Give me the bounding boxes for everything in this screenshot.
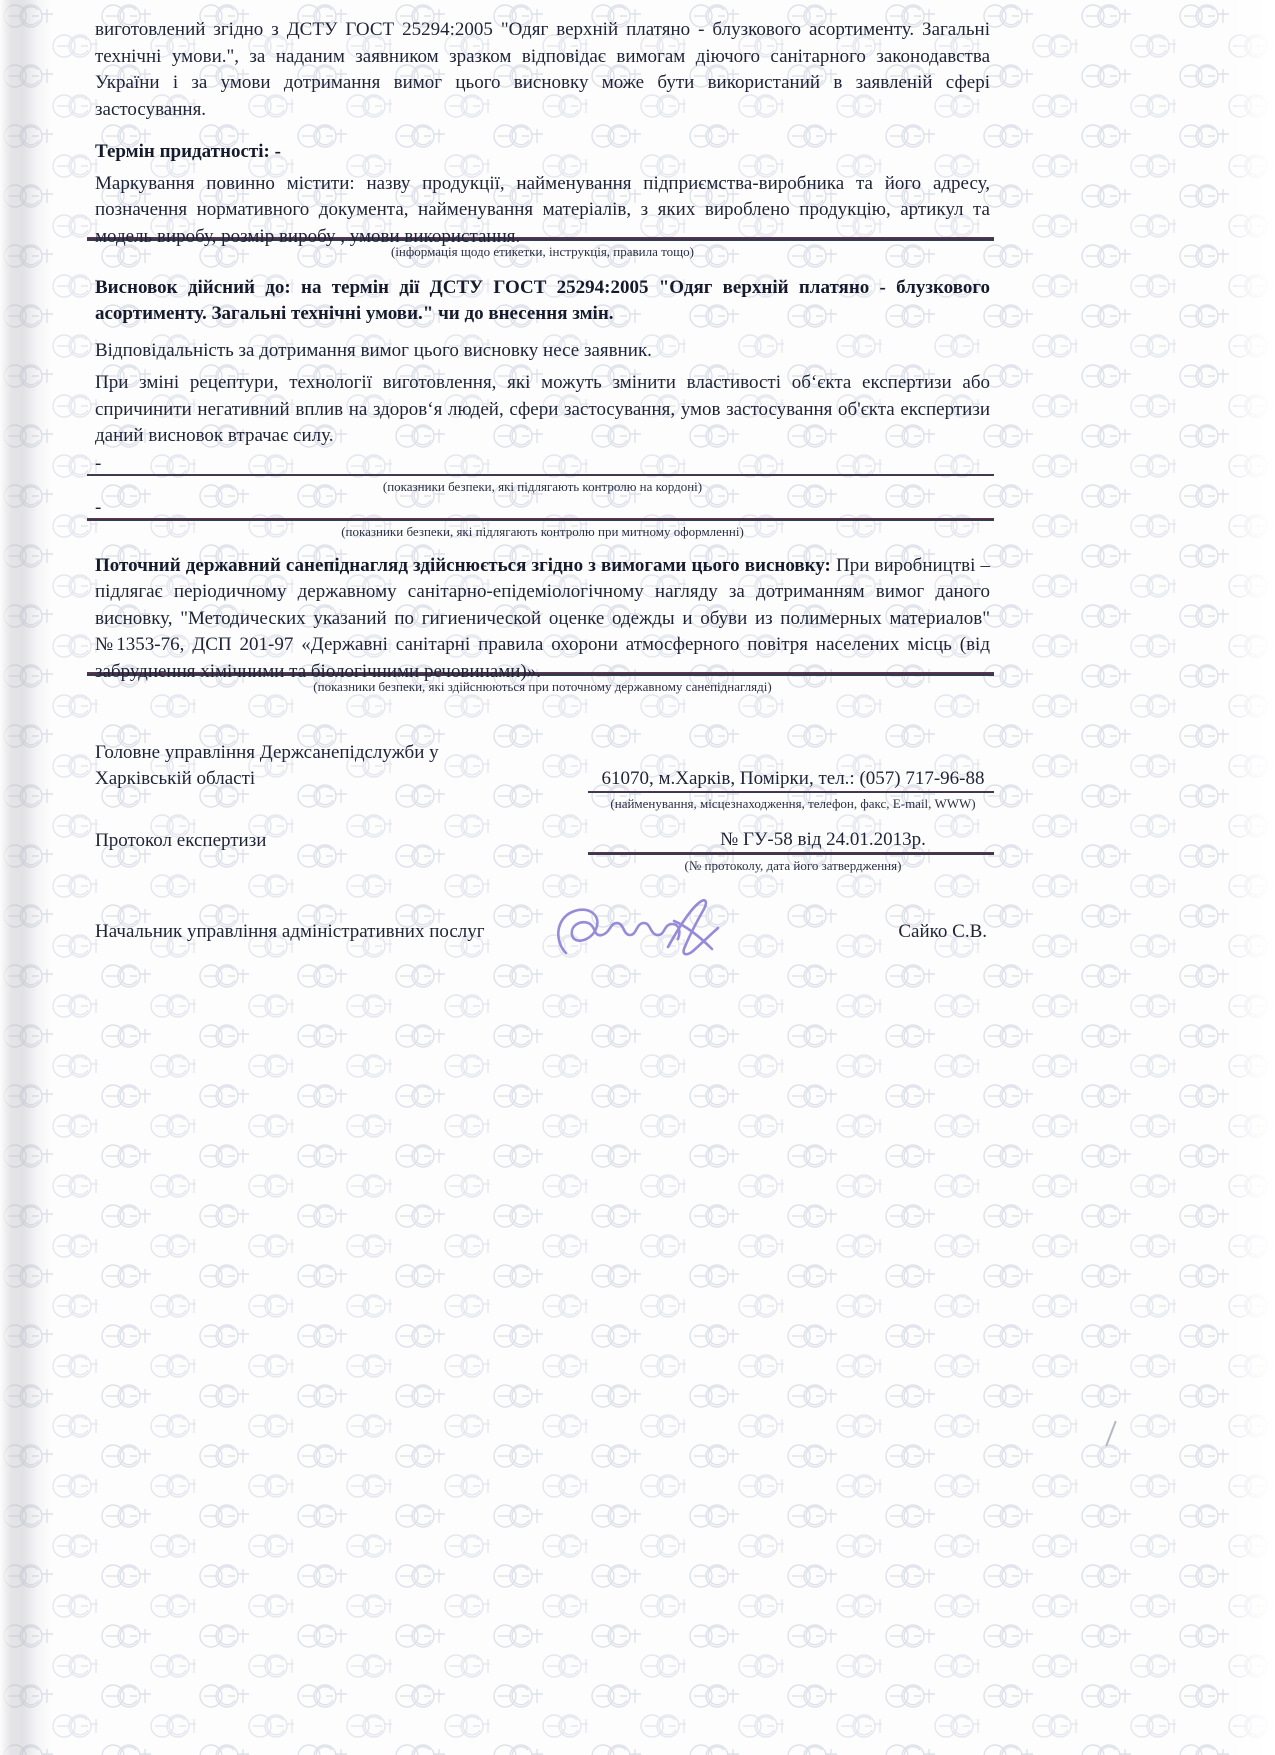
surveillance-paragraph: Поточний державний санепіднагляд здійсню… [95, 553, 990, 686]
issuer-name-line1: Головне управління Держсанепідслужби у [95, 740, 576, 767]
protocol-caption: (№ протоколу, дата його затвердження) [596, 858, 990, 873]
issuer-address-rule [588, 791, 994, 794]
scan-edge-fade-right [1229, 0, 1275, 1755]
issuer-name: Головне управління Держсанепідслужби у Х… [95, 740, 596, 793]
surveillance-lead: Поточний державний санепіднагляд здійсню… [95, 555, 831, 576]
protocol-label: Протокол експертизи [95, 828, 596, 855]
issuer-address-block: 61070, м.Харків, Помірки, тел.: (057) 71… [596, 767, 990, 812]
document-content: виготовлений згідно з ДСТУ ГОСТ 25294:20… [0, 0, 1275, 945]
border-control-caption: (показники безпеки, які підлягають контр… [95, 479, 990, 494]
change-clause-paragraph: При зміні рецептури, технології виготовл… [95, 370, 990, 450]
signatory-title: Начальник управління адміністративних по… [95, 919, 990, 946]
protocol-value-block: № ГУ-58 від 24.01.2013р. (№ протоколу, д… [596, 828, 990, 873]
signature-section: Начальник управління адміністративних по… [95, 919, 990, 946]
issuer-section: Головне управління Держсанепідслужби у Х… [95, 740, 990, 812]
scan-edge-shadow-left [0, 0, 52, 1755]
shelf-life-heading: Термін придатності: - [95, 139, 990, 166]
customs-control-dash: - [95, 498, 990, 518]
handwritten-signature [550, 897, 760, 975]
responsibility-paragraph: Відповідальність за дотримання вимог цьо… [95, 338, 990, 365]
protocol-value: № ГУ-58 від 24.01.2013р. [596, 828, 990, 852]
customs-control-rule [87, 518, 994, 521]
border-control-dash: - [95, 454, 990, 474]
issuer-address-caption: (найменування, місцезнаходження, телефон… [596, 796, 990, 811]
customs-control-caption: (показники безпеки, які підлягають контр… [95, 524, 990, 539]
border-control-rule [87, 474, 994, 477]
issuer-address: 61070, м.Харків, Помірки, тел.: (057) 71… [596, 767, 990, 791]
signatory-name: Сайко С.В. [898, 919, 987, 946]
issuer-name-line2: Харківській області [95, 766, 576, 793]
intro-paragraph: виготовлений згідно з ДСТУ ГОСТ 25294:20… [95, 17, 990, 123]
protocol-rule [588, 852, 994, 855]
protocol-section: Протокол експертизи № ГУ-58 від 24.01.20… [95, 828, 990, 873]
scanned-document-page: виготовлений згідно з ДСТУ ГОСТ 25294:20… [0, 0, 1275, 1755]
validity-paragraph: Висновок дійсний до: на термін дії ДСТУ … [95, 275, 990, 328]
